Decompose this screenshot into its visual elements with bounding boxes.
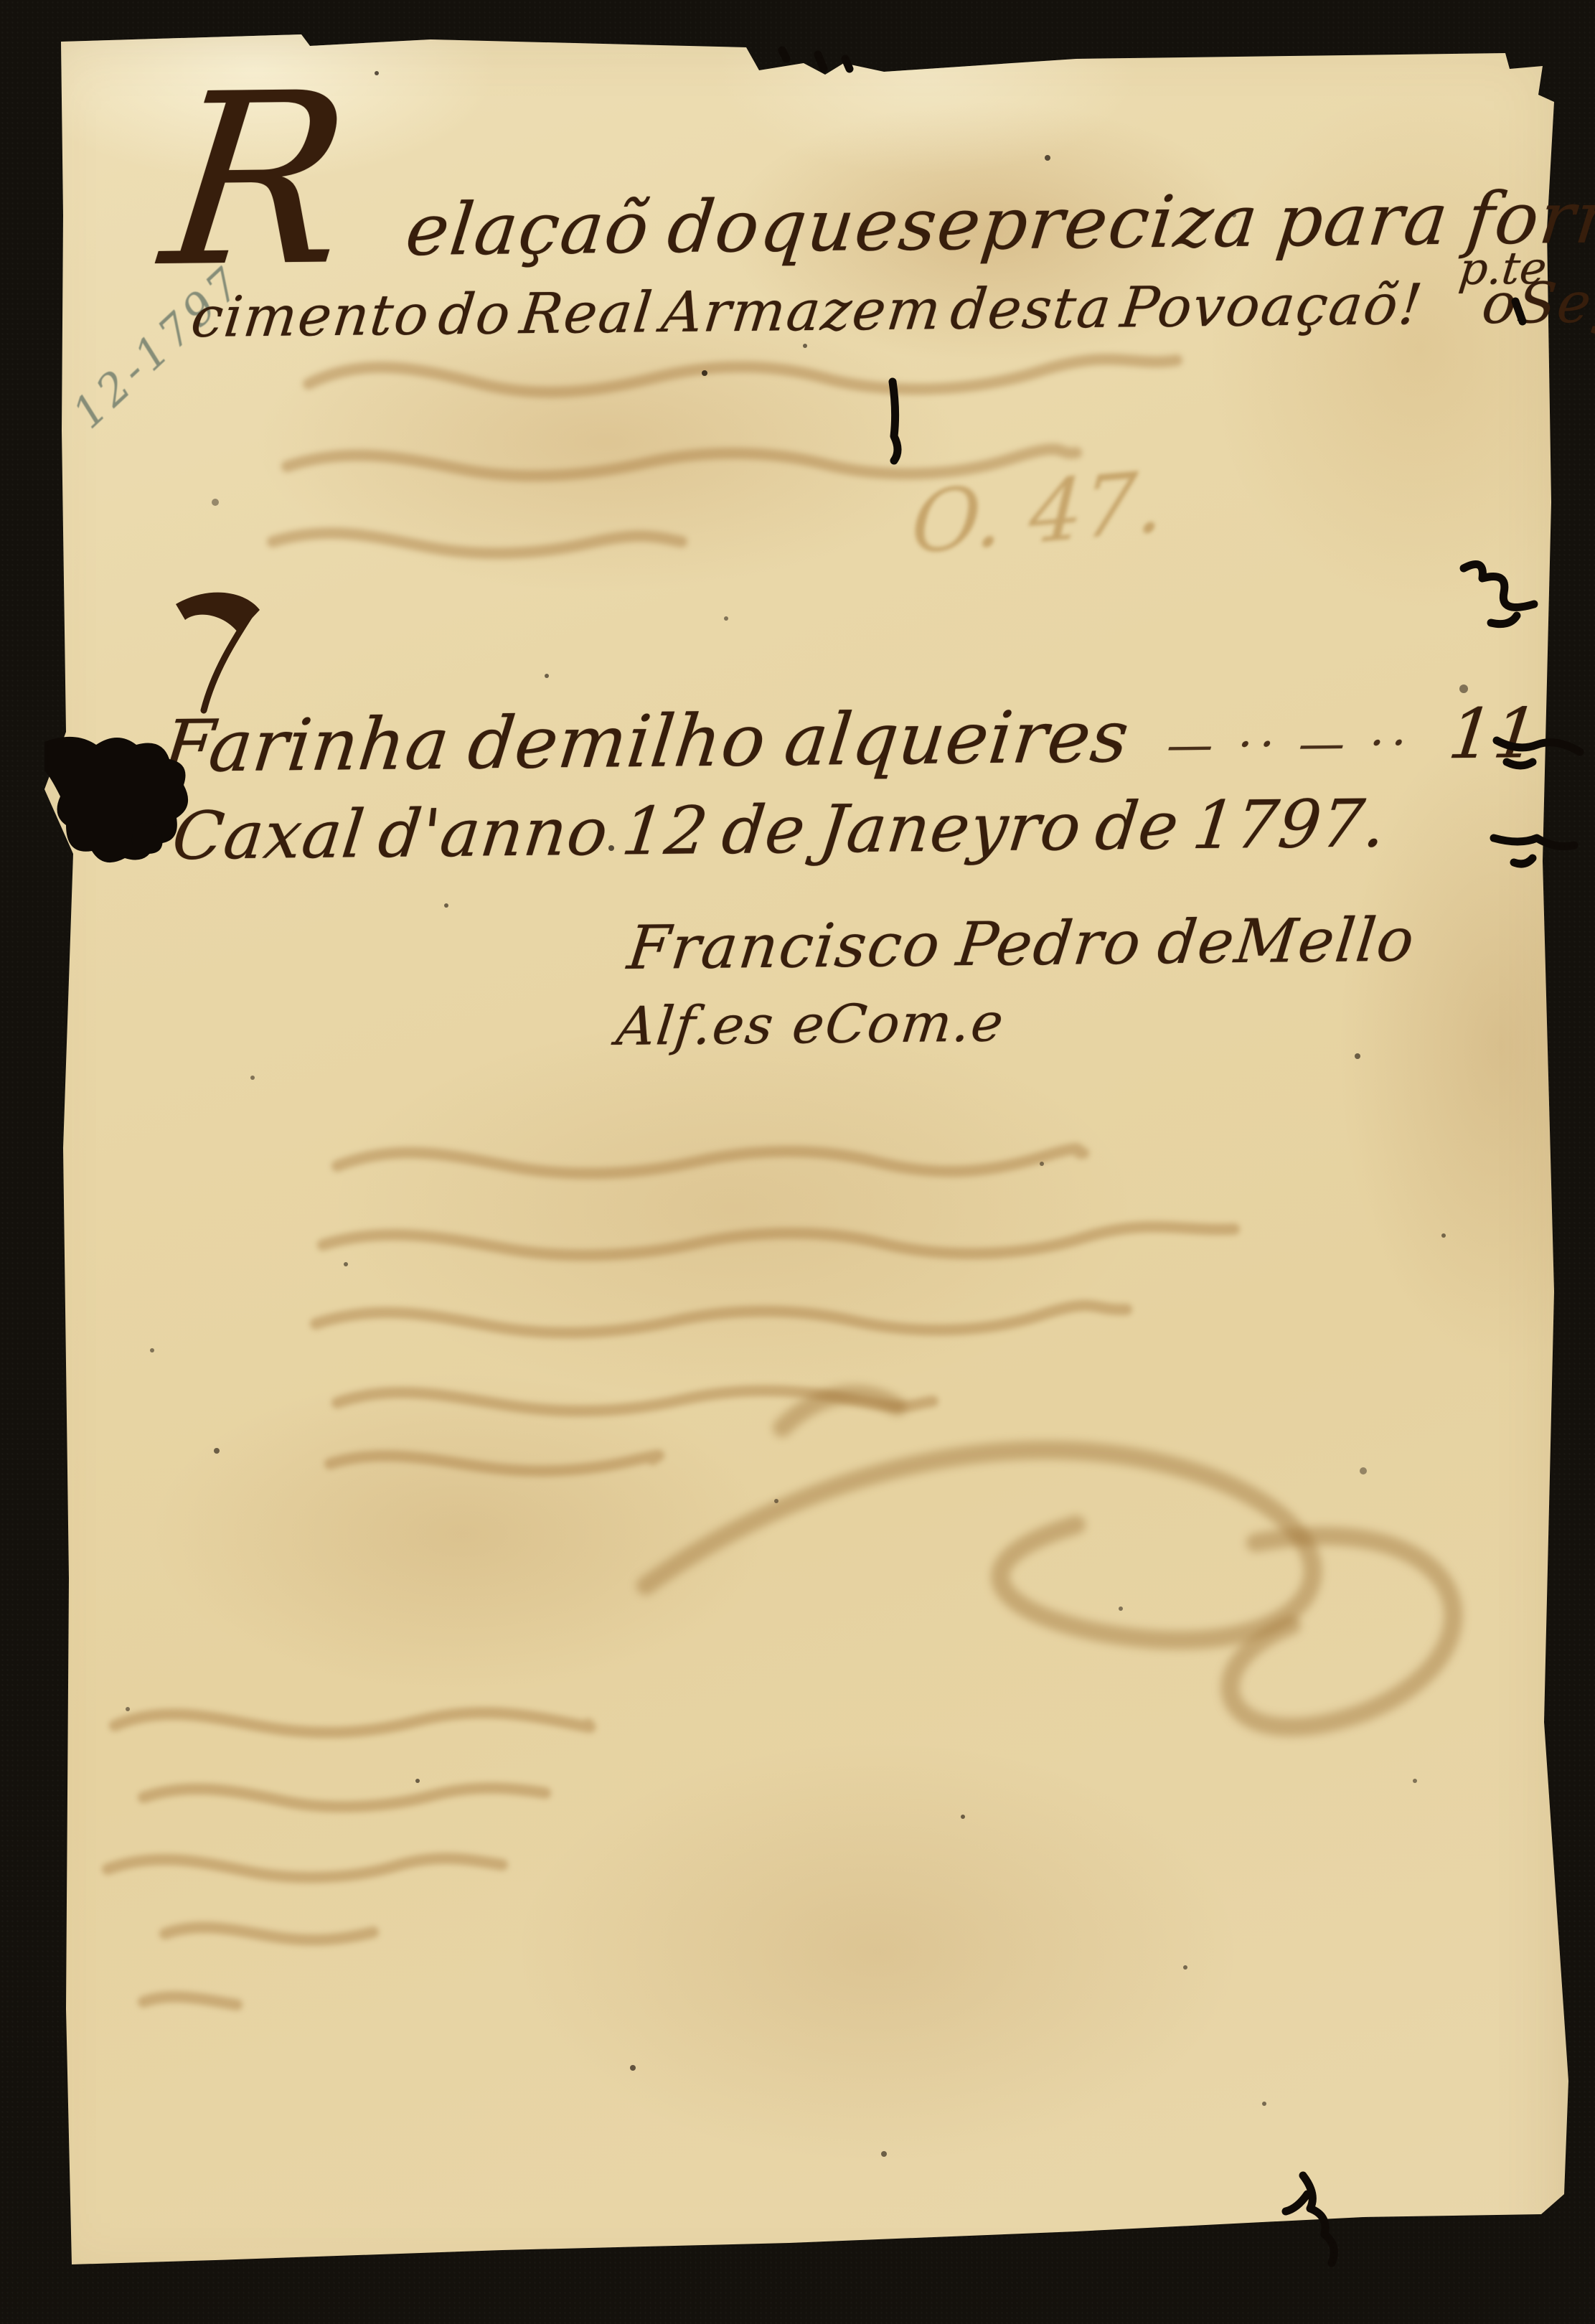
paper-specks [0, 0, 1595, 2324]
manuscript-photo: O. 47. 12-1797 R elaçaõ doquesepreciza p… [0, 0, 1595, 2324]
